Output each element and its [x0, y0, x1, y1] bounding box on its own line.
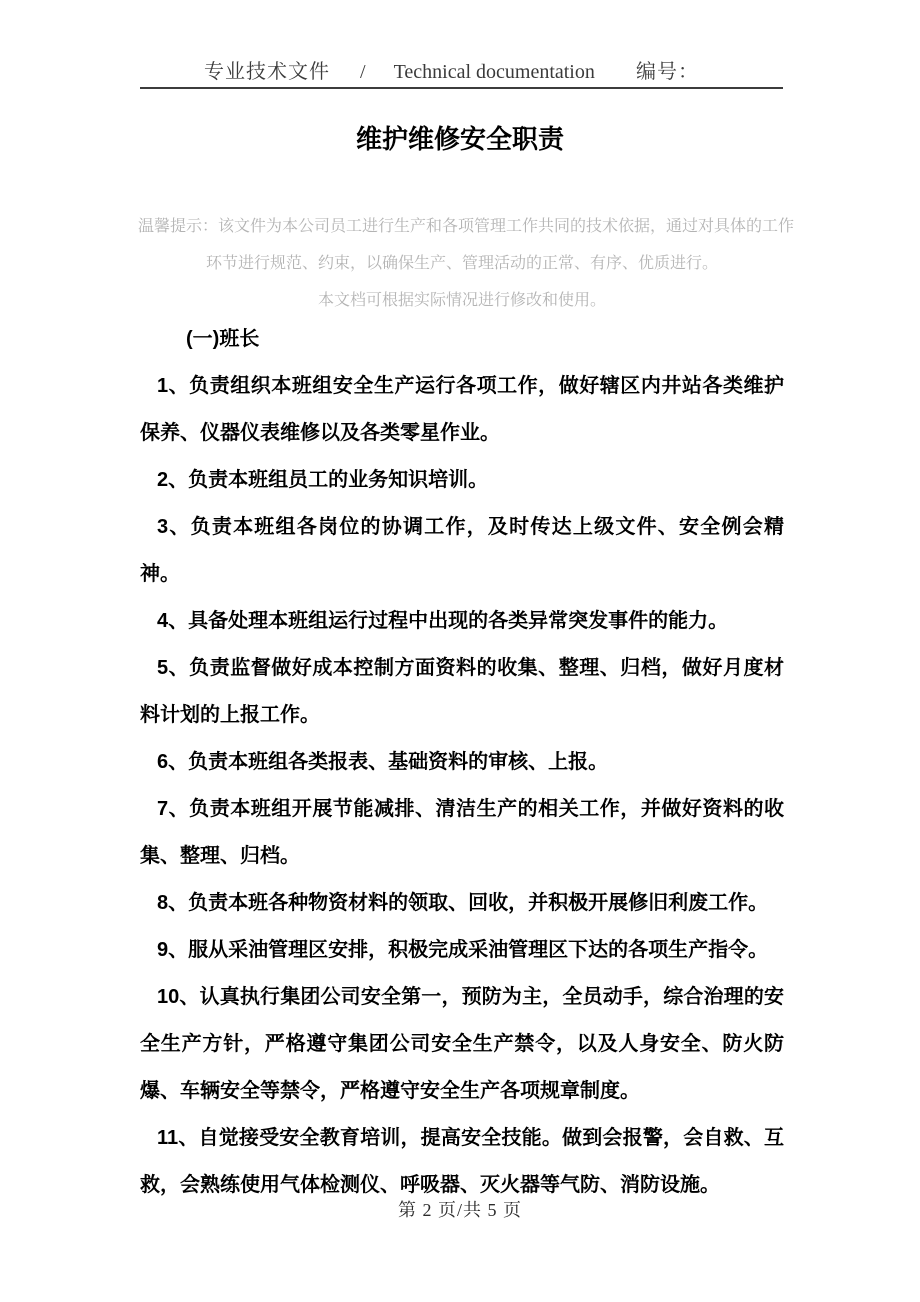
body-item-6: 6、负责本班组各类报表、基础资料的审核、上报。 [140, 739, 784, 786]
notice-line: 环节进行规范、约束，以确保生产、管理活动的正常、有序、优质进行。 [138, 245, 786, 282]
document-body: (一)班长 1、负责组织本班组安全生产运行各项工作，做好辖区内井站各类维护保养、… [140, 316, 784, 1209]
page-header: 专业技术文件 / Technical documentation 编号： [140, 62, 783, 89]
document-page: 专业技术文件 / Technical documentation 编号： 维护维… [0, 0, 920, 1302]
page-number: 第 2 页/共 5 页 [398, 1200, 522, 1220]
notice-block: 温馨提示：该文件为本公司员工进行生产和各项管理工作共同的技术依据，通过对具体的工… [138, 208, 786, 319]
notice-line: 本文档可根据实际情况进行修改和使用。 [138, 282, 786, 319]
notice-line: 温馨提示：该文件为本公司员工进行生产和各项管理工作共同的技术依据，通过对具体的工… [138, 208, 786, 245]
body-item-5: 5、负责监督做好成本控制方面资料的收集、整理、归档，做好月度材料计划的上报工作。 [140, 645, 784, 739]
body-item-4: 4、具备处理本班组运行过程中出现的各类异常突发事件的能力。 [140, 598, 784, 645]
page-footer: 第 2 页/共 5 页 [0, 1196, 920, 1222]
header-code-label: 编号： [636, 55, 699, 84]
body-item-8: 8、负责本班各种物资材料的领取、回收，并积极开展修旧利废工作。 [140, 880, 784, 927]
header-title-zh: 专业技术文件 [204, 55, 330, 84]
page-title: 维护维修安全职责 [0, 119, 920, 156]
body-item-10: 10、认真执行集团公司安全第一，预防为主，全员动手，综合治理的安全生产方针，严格… [140, 974, 784, 1115]
body-item-9: 9、服从采油管理区安排，积极完成采油管理区下达的各项生产指令。 [140, 927, 784, 974]
section-heading: (一)班长 [140, 316, 784, 363]
header-separator: / [360, 61, 366, 84]
body-item-3: 3、负责本班组各岗位的协调工作，及时传达上级文件、安全例会精神。 [140, 504, 784, 598]
body-item-7: 7、负责本班组开展节能减排、清洁生产的相关工作，并做好资料的收集、整理、归档。 [140, 786, 784, 880]
body-item-2: 2、负责本班组员工的业务知识培训。 [140, 457, 784, 504]
header-title-en: Technical documentation [394, 61, 595, 84]
body-item-1: 1、负责组织本班组安全生产运行各项工作，做好辖区内井站各类维护保养、仪器仪表维修… [140, 363, 784, 457]
body-item-11: 11、自觉接受安全教育培训，提高安全技能。做到会报警，会自救、互救，会熟练使用气… [140, 1115, 784, 1209]
